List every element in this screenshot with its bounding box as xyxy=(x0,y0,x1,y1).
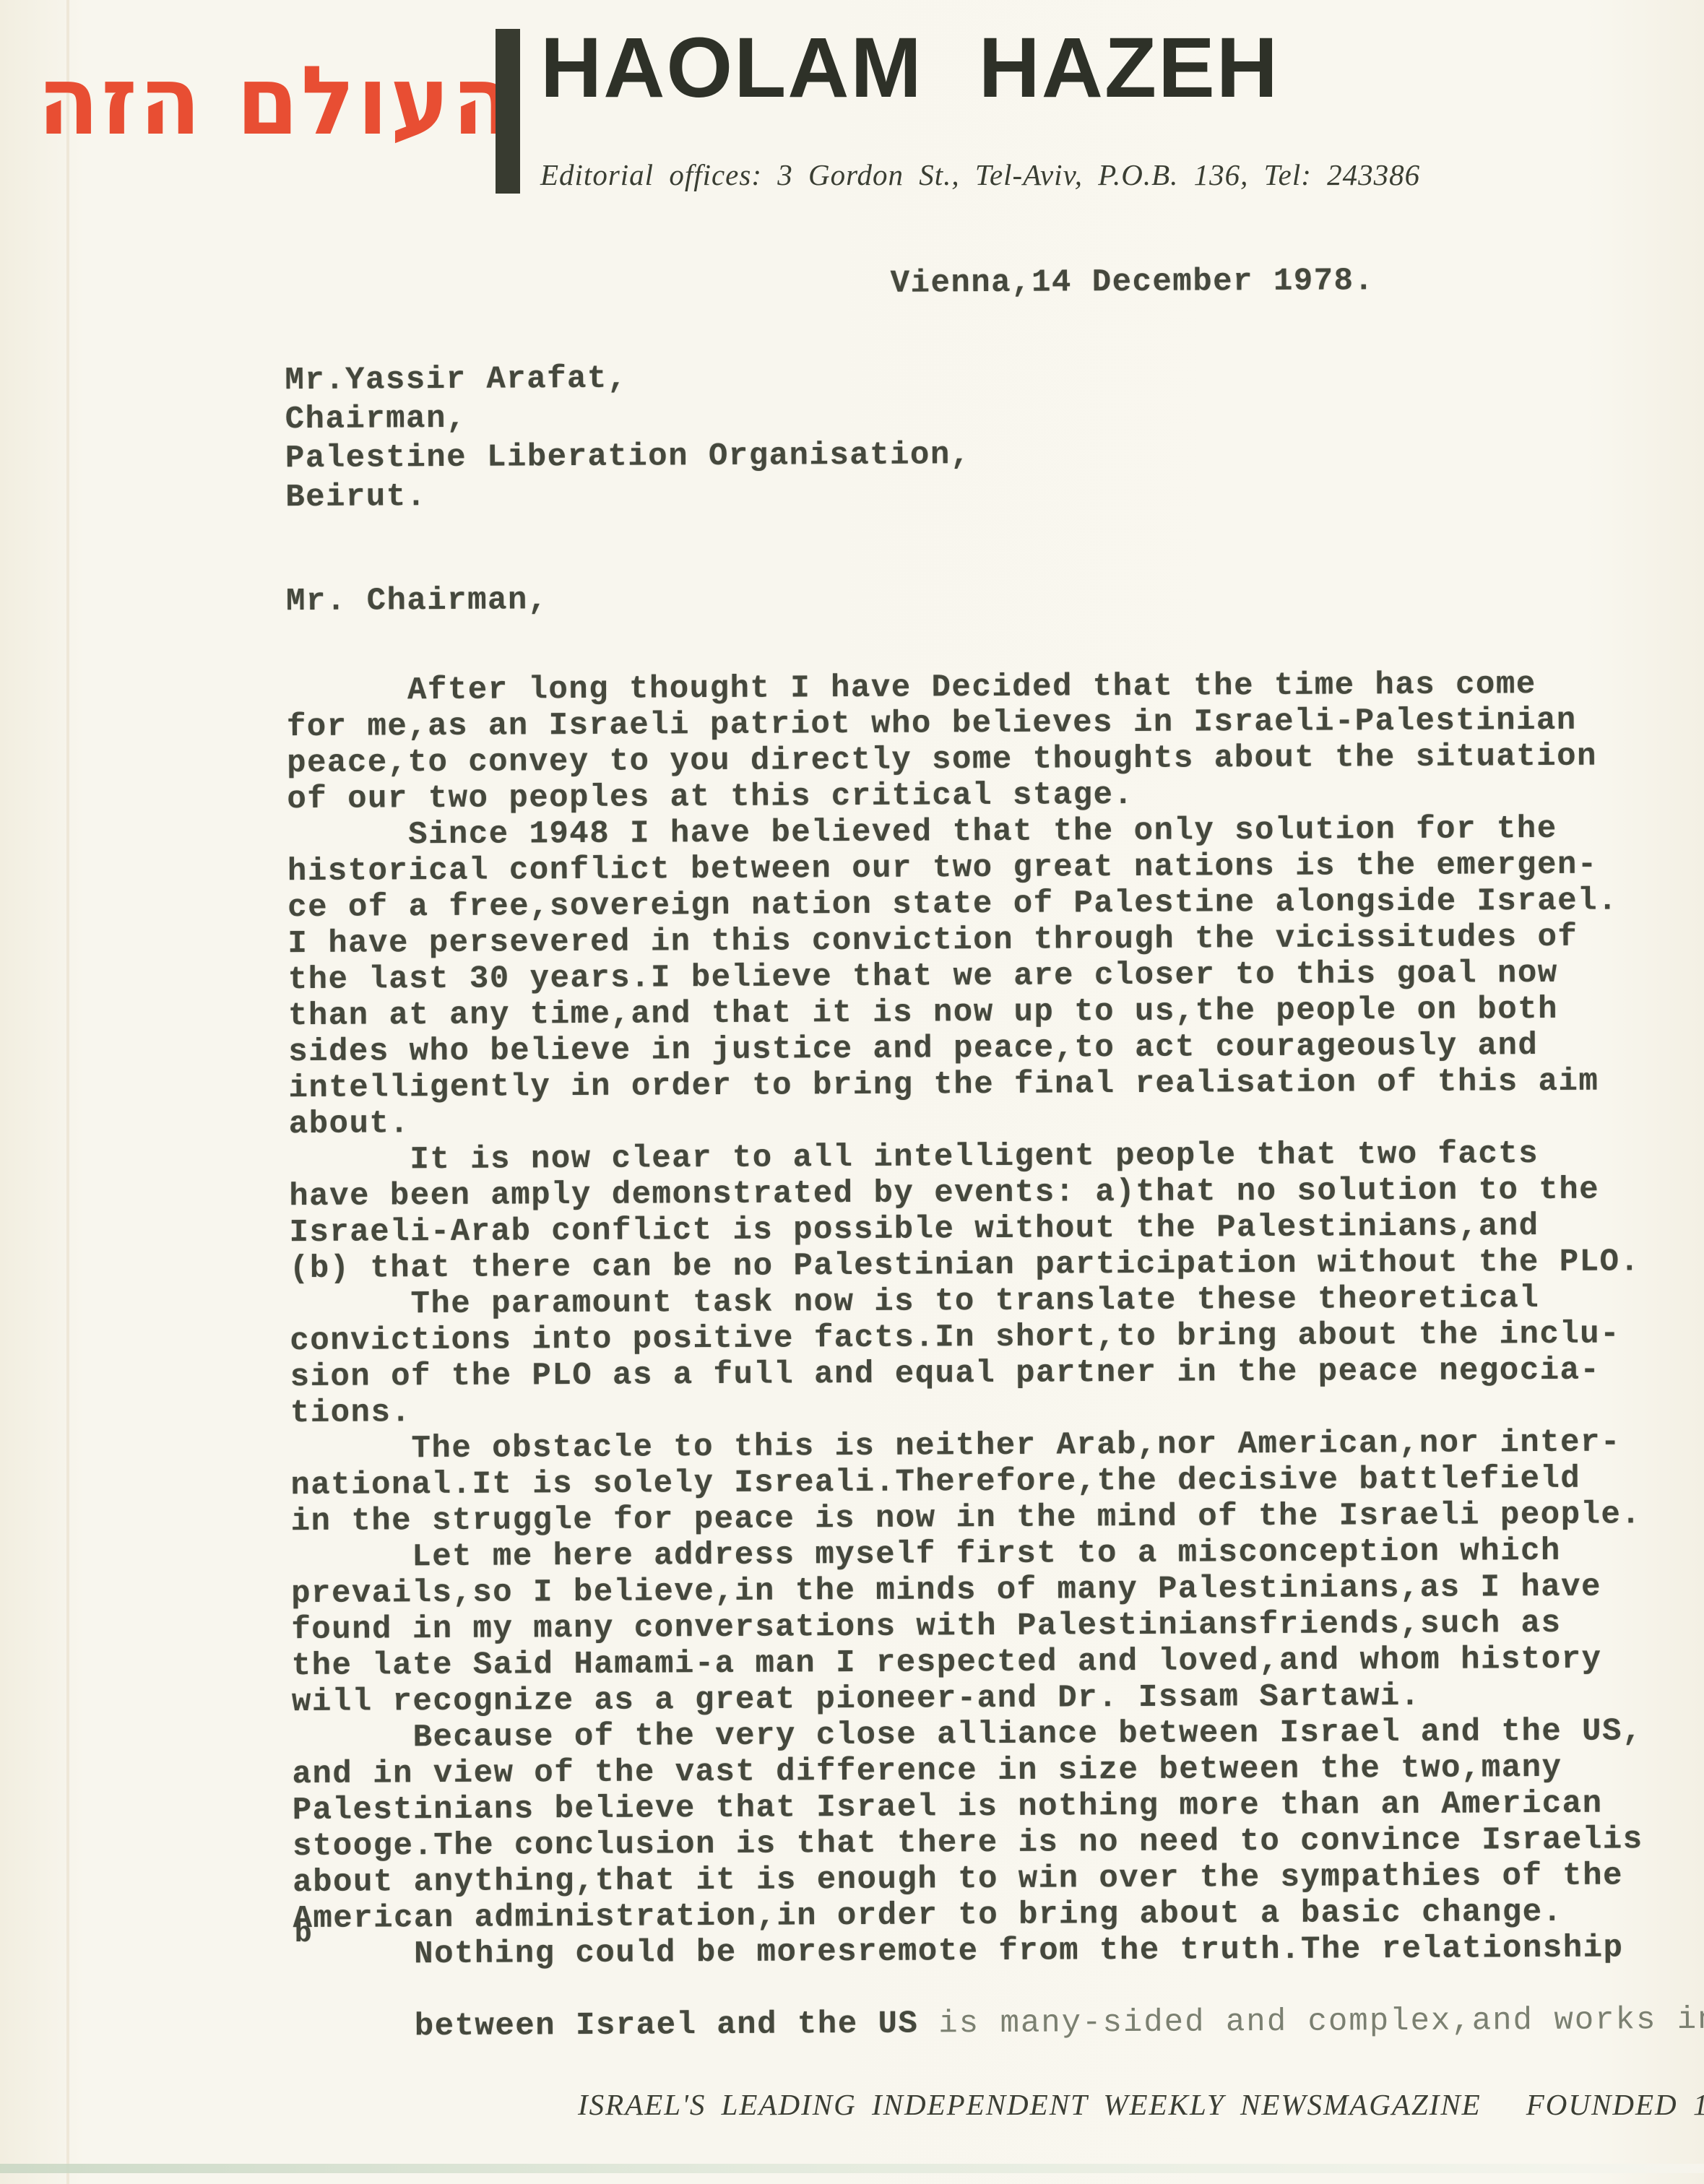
letter-page: העולם הזה HAOLAM HAZEH Editorial offices… xyxy=(0,0,1704,2184)
recipient-line: Beirut. xyxy=(285,474,971,517)
footer-tagline-text: ISRAEL'S LEADING INDEPENDENT WEEKLY NEWS… xyxy=(578,2088,1482,2121)
footer-founded-text: FOUNDED 1936 xyxy=(1526,2088,1704,2121)
recipient-line: Chairman, xyxy=(285,396,971,439)
letter-body-last-line: between Israel and the US is many-sided … xyxy=(293,1966,1704,2081)
body-line: intelligently in order to bring the fina… xyxy=(288,1063,1639,1106)
typed-letter: Vienna,14 December 1978. Mr.Yassir Arafa… xyxy=(0,0,1704,2184)
recipient-block: Mr.Yassir Arafat,Chairman,Palestine Libe… xyxy=(285,357,971,517)
body-line: sion of the PLO as a full and equal part… xyxy=(290,1352,1641,1395)
recipient-line: Palestine Liberation Organisation, xyxy=(285,435,971,478)
recipient-line: Mr.Yassir Arafat, xyxy=(285,357,970,400)
last-line-faded-segment: is many-sided and complex,and works in xyxy=(938,2002,1704,2042)
dateline: Vienna,14 December 1978. xyxy=(891,263,1375,302)
last-line-typed-segment: between Israel and the US xyxy=(415,2006,939,2045)
salutation: Mr. Chairman, xyxy=(286,582,548,620)
footer-tagline: ISRAEL'S LEADING INDEPENDENT WEEKLY NEWS… xyxy=(578,2087,1704,2122)
scan-edge-artifact xyxy=(0,2164,1704,2173)
stray-typo-char: b xyxy=(295,1918,313,1951)
body-line: the late Said Hamami-a man I respected a… xyxy=(292,1641,1643,1684)
letter-body: After long thought I have Decided that t… xyxy=(287,666,1644,1973)
body-line: peace,to convey to you directly some tho… xyxy=(287,738,1638,781)
